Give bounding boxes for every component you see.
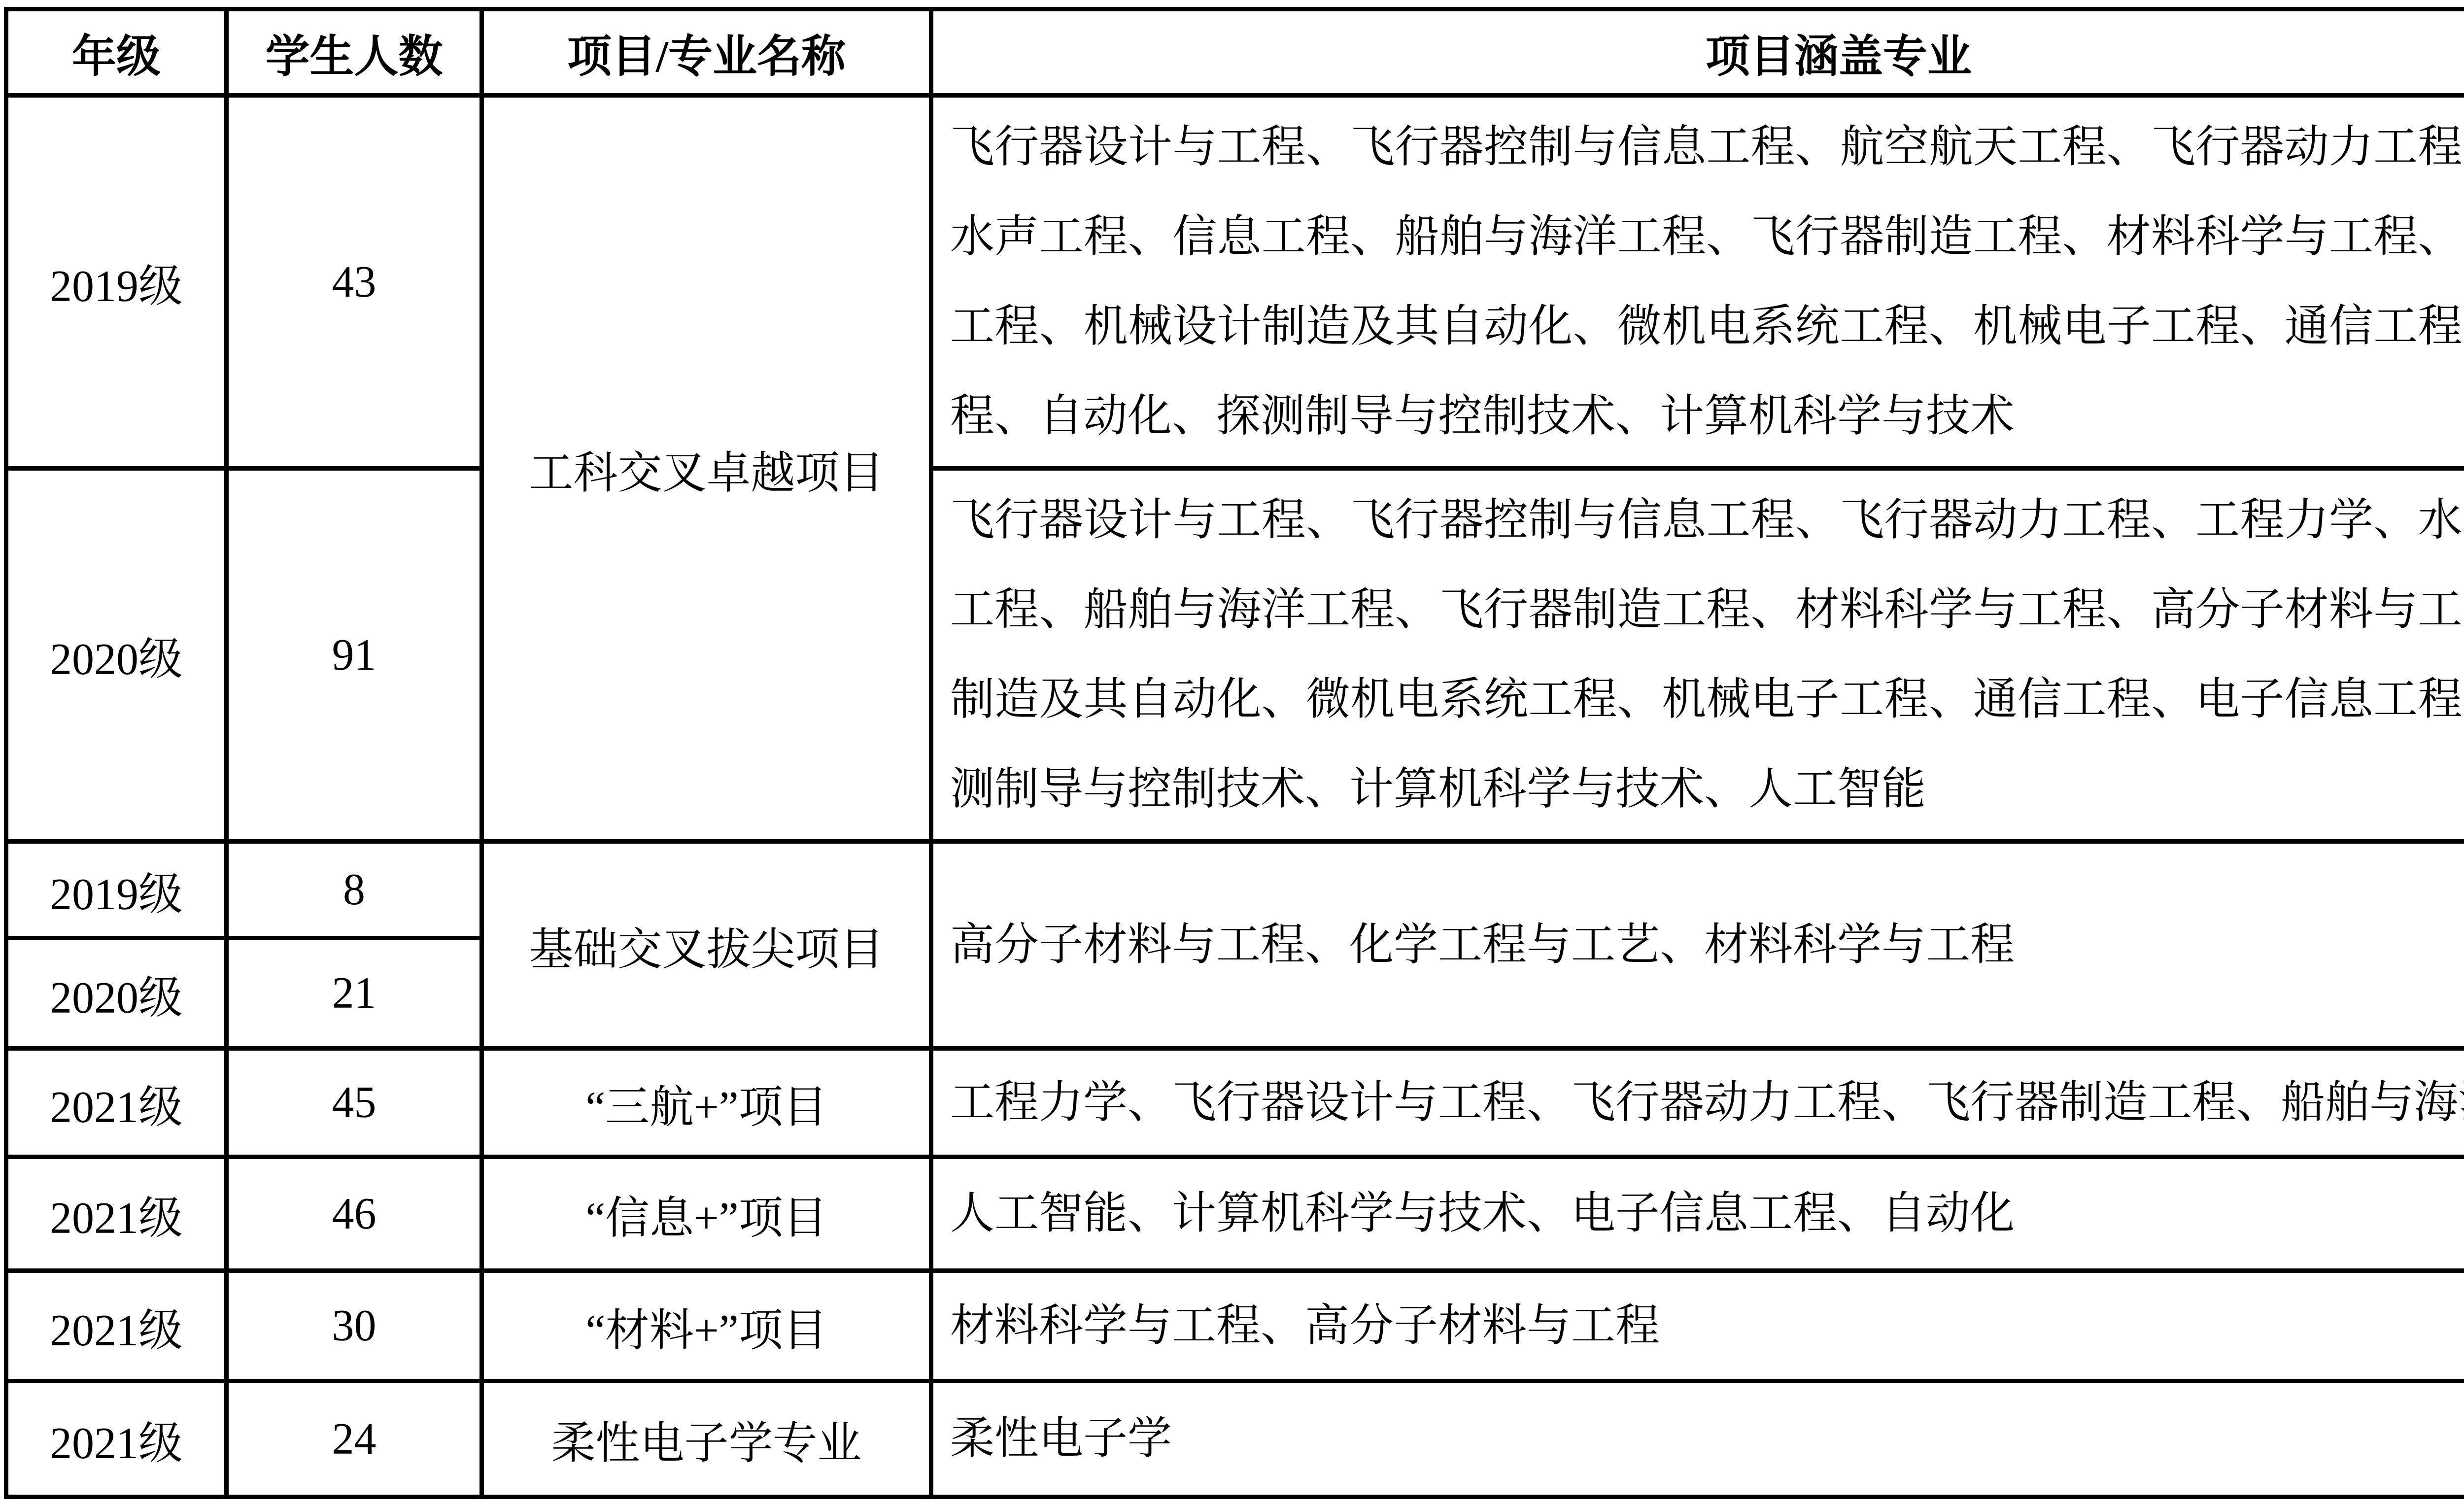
header-grade: 年级 [6, 9, 227, 96]
grade-cell: 2020级 [6, 469, 227, 842]
student-count-cell: 21 [227, 938, 482, 1049]
student-count-cell: 45 [227, 1049, 482, 1157]
majors-cell: 人工智能、计算机科学与技术、电子信息工程、自动化 [931, 1157, 2464, 1271]
grade-cell: 2021级 [6, 1049, 227, 1157]
majors-cell: 飞行器设计与工程、飞行器控制与信息工程、航空航天工程、飞行器动力工程、工程力学、… [931, 96, 2464, 469]
grade-cell: 2021级 [6, 1157, 227, 1271]
project-name-cell: “材料+”项目 [482, 1271, 931, 1381]
header-row: 年级 学生人数 项目/专业名称 项目涵盖专业 [6, 9, 2464, 96]
table-row: 2019级 43 工科交叉卓越项目 飞行器设计与工程、飞行器控制与信息工程、航空… [6, 96, 2464, 469]
student-count-cell: 43 [227, 96, 482, 469]
majors-cell: 材料科学与工程、高分子材料与工程 [931, 1271, 2464, 1381]
table-row: 2020级 91 飞行器设计与工程、飞行器控制与信息工程、飞行器动力工程、工程力… [6, 469, 2464, 842]
student-count-cell: 46 [227, 1157, 482, 1271]
project-name-cell: “三航+”项目 [482, 1049, 931, 1157]
majors-cell: 高分子材料与工程、化学工程与工艺、材料科学与工程 [931, 842, 2464, 1049]
header-covered-majors: 项目涵盖专业 [931, 9, 2464, 96]
grade-cell: 2019级 [6, 96, 227, 469]
grade-cell: 2019级 [6, 842, 227, 938]
project-name-cell: 工科交叉卓越项目 [482, 96, 931, 842]
student-count-cell: 24 [227, 1381, 482, 1497]
majors-cell: 工程力学、飞行器设计与工程、飞行器动力工程、飞行器制造工程、船舶与海洋工程 [931, 1049, 2464, 1157]
grade-cell: 2021级 [6, 1381, 227, 1497]
project-name-cell: “信息+”项目 [482, 1157, 931, 1271]
header-student-count: 学生人数 [227, 9, 482, 96]
student-count-cell: 8 [227, 842, 482, 938]
table-row: 2021级 30 “材料+”项目 材料科学与工程、高分子材料与工程 [6, 1271, 2464, 1381]
project-name-cell: 柔性电子学专业 [482, 1381, 931, 1497]
table-row: 2019级 8 基础交叉拔尖项目 高分子材料与工程、化学工程与工艺、材料科学与工… [6, 842, 2464, 938]
grade-cell: 2020级 [6, 938, 227, 1049]
table-row: 2021级 46 “信息+”项目 人工智能、计算机科学与技术、电子信息工程、自动… [6, 1157, 2464, 1271]
table-row: 2021级 24 柔性电子学专业 柔性电子学 [6, 1381, 2464, 1497]
header-project-name: 项目/专业名称 [482, 9, 931, 96]
student-count-cell: 30 [227, 1271, 482, 1381]
table-row: 2021级 45 “三航+”项目 工程力学、飞行器设计与工程、飞行器动力工程、飞… [6, 1049, 2464, 1157]
majors-cell: 飞行器设计与工程、飞行器控制与信息工程、飞行器动力工程、工程力学、水声工程、信息… [931, 469, 2464, 842]
grade-cell: 2021级 [6, 1271, 227, 1381]
student-count-cell: 91 [227, 469, 482, 842]
project-name-cell: 基础交叉拔尖项目 [482, 842, 931, 1049]
majors-cell: 柔性电子学 [931, 1381, 2464, 1497]
enrollment-table: 年级 学生人数 项目/专业名称 项目涵盖专业 2019级 43 工科交叉卓越项目… [4, 7, 2464, 1499]
